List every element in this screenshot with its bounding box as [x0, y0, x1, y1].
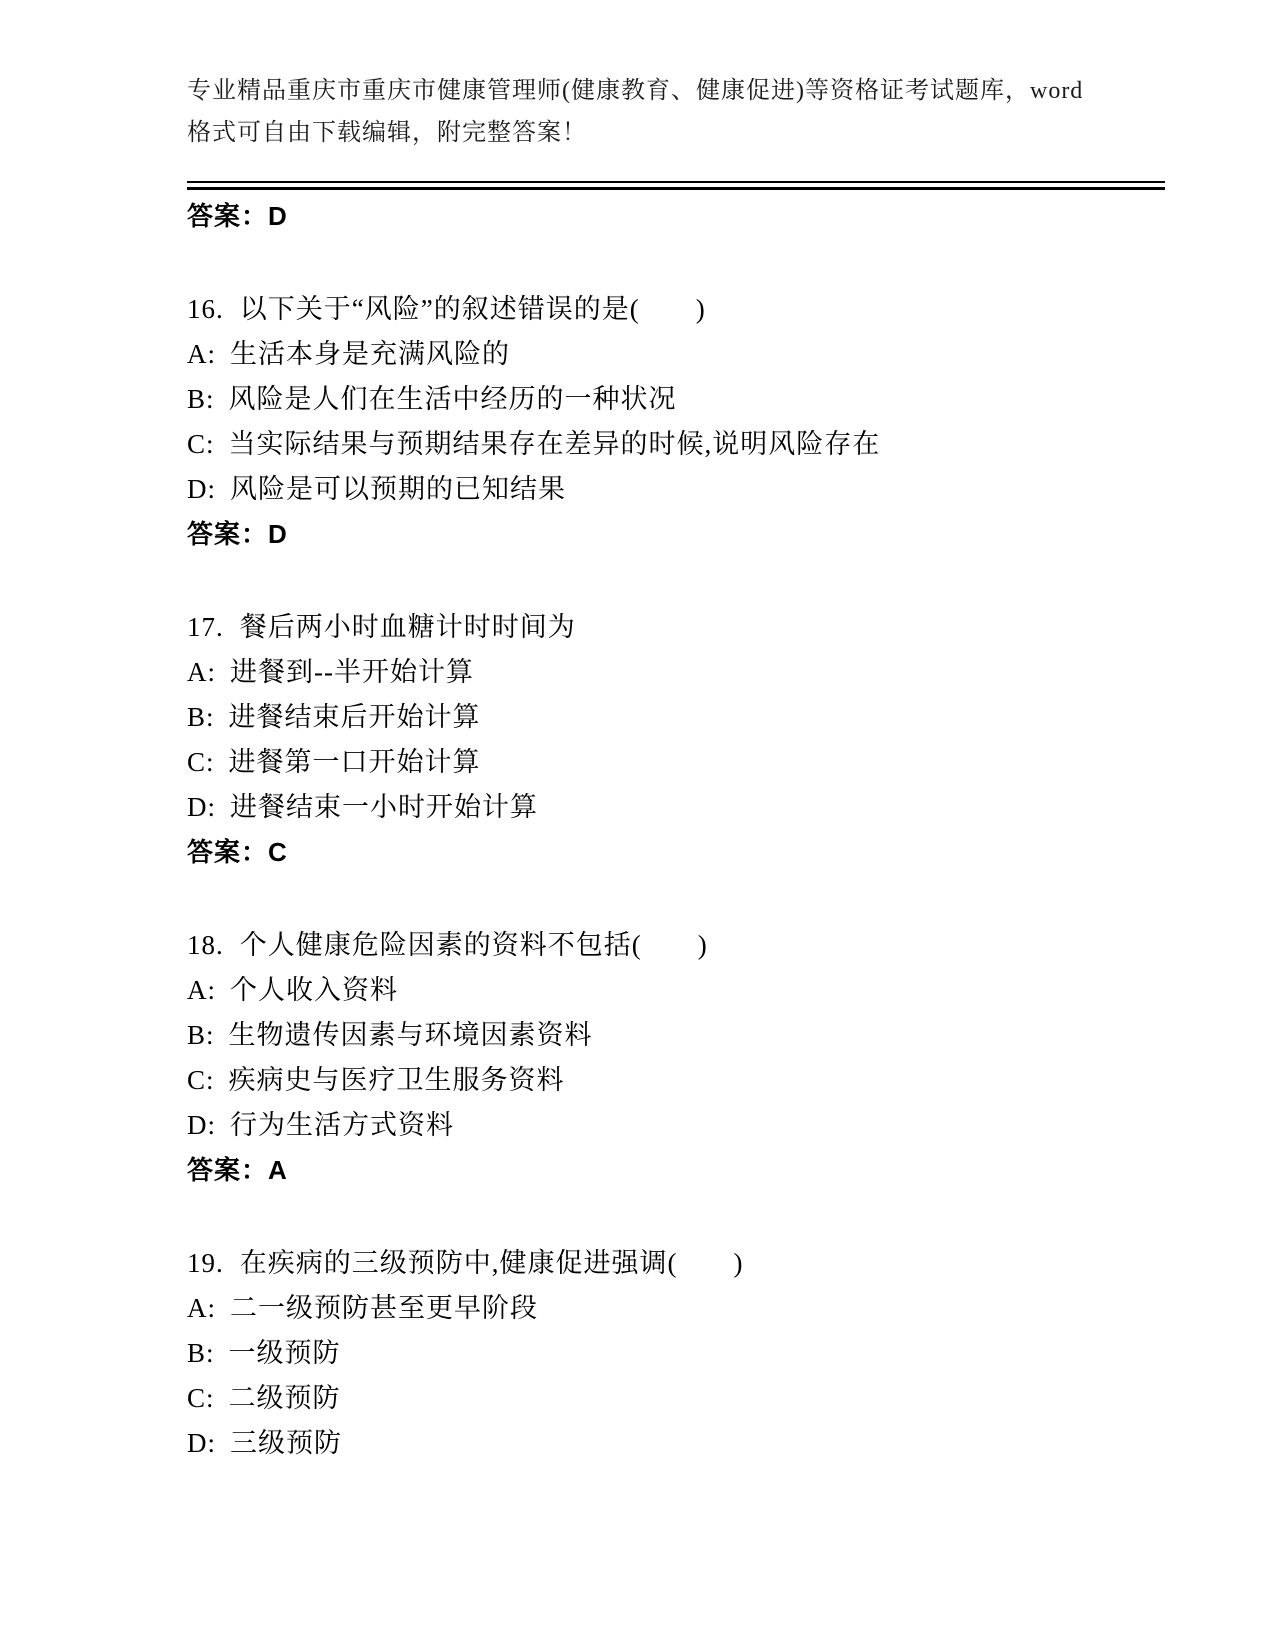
option-b: B:一级预防	[187, 1339, 1165, 1367]
answer-label: 答案：	[187, 837, 268, 867]
question-18: 18.个人健康危险因素的资料不包括( ) A:个人收入资料 B:生物遗传因素与环…	[187, 883, 1165, 1184]
header-divider	[187, 181, 1165, 190]
option-text: 三级预防	[230, 1428, 342, 1458]
question-stem: 16.以下关于“风险”的叙述错误的是( )	[187, 295, 1165, 323]
answer-value: A	[268, 1155, 288, 1185]
option-label: A:	[187, 1294, 216, 1322]
question-16: 16.以下关于“风险”的叙述错误的是( ) A:生活本身是充满风险的 B:风险是…	[187, 247, 1165, 548]
option-a: A:进餐到--半开始计算	[187, 658, 1165, 686]
question-text: 个人健康危险因素的资料不包括( )	[240, 930, 708, 960]
option-c: C:二级预防	[187, 1384, 1165, 1412]
answer-line: 答案：D	[187, 520, 1165, 548]
option-text: 进餐结束后开始计算	[229, 702, 481, 732]
question-17: 17.餐后两小时血糖计时时间为 A:进餐到--半开始计算 B:进餐结束后开始计算…	[187, 565, 1165, 866]
option-text: 一级预防	[229, 1338, 341, 1368]
option-text: 二级预防	[229, 1383, 341, 1413]
option-label: C:	[187, 748, 215, 776]
option-text: 进餐到--半开始计算	[230, 657, 474, 687]
option-a: A:二一级预防甚至更早阶段	[187, 1294, 1165, 1322]
option-label: D:	[187, 475, 216, 503]
option-label: B:	[187, 703, 215, 731]
carryover-answer-line: 答案：D	[187, 202, 1165, 230]
option-text: 进餐结束一小时开始计算	[230, 792, 538, 822]
option-a: A:个人收入资料	[187, 976, 1165, 1004]
answer-value: D	[268, 519, 288, 549]
question-number: 18.	[187, 931, 224, 959]
option-label: B:	[187, 1339, 215, 1367]
option-text: 风险是可以预期的已知结果	[230, 474, 566, 504]
answer-line: 答案：C	[187, 838, 1165, 866]
option-label: A:	[187, 340, 216, 368]
option-label: B:	[187, 385, 215, 413]
page-header: 专业精品重庆市重庆市健康管理师(健康教育、健康促进)等资格证考试题库，word …	[187, 0, 1165, 190]
option-c: C:疾病史与医疗卫生服务资料	[187, 1066, 1165, 1094]
option-d: D:风险是可以预期的已知结果	[187, 475, 1165, 503]
option-a: A:生活本身是充满风险的	[187, 340, 1165, 368]
question-19: 19.在疾病的三级预防中,健康促进强调( ) A:二一级预防甚至更早阶段 B:一…	[187, 1201, 1165, 1457]
question-stem: 17.餐后两小时血糖计时时间为	[187, 613, 1165, 641]
document-page: 专业精品重庆市重庆市健康管理师(健康教育、健康促进)等资格证考试题库，word …	[0, 0, 1275, 1650]
answer-label: 答案：	[187, 519, 268, 549]
option-text: 生物遗传因素与环境因素资料	[229, 1020, 593, 1050]
option-text: 进餐第一口开始计算	[229, 747, 481, 777]
option-c: C:进餐第一口开始计算	[187, 748, 1165, 776]
option-label: C:	[187, 430, 215, 458]
option-b: B:风险是人们在生活中经历的一种状况	[187, 385, 1165, 413]
option-label: D:	[187, 1429, 216, 1457]
answer-label: 答案：	[187, 1155, 268, 1185]
question-number: 17.	[187, 613, 224, 641]
question-number: 16.	[187, 295, 224, 323]
option-text: 二一级预防甚至更早阶段	[230, 1293, 538, 1323]
answer-line: 答案：A	[187, 1156, 1165, 1184]
header-line-2: 格式可自由下载编辑，附完整答案！	[187, 112, 1165, 154]
option-label: D:	[187, 1111, 216, 1139]
document-content: 答案：D 16.以下关于“风险”的叙述错误的是( ) A:生活本身是充满风险的 …	[187, 202, 1165, 1457]
option-text: 行为生活方式资料	[230, 1110, 454, 1140]
option-label: B:	[187, 1021, 215, 1049]
option-d: D:进餐结束一小时开始计算	[187, 793, 1165, 821]
option-text: 个人收入资料	[230, 975, 398, 1005]
question-text: 餐后两小时血糖计时时间为	[240, 612, 576, 642]
option-label: C:	[187, 1066, 215, 1094]
option-label: A:	[187, 976, 216, 1004]
option-d: D:行为生活方式资料	[187, 1111, 1165, 1139]
question-number: 19.	[187, 1249, 224, 1277]
option-label: A:	[187, 658, 216, 686]
option-c: C:当实际结果与预期结果存在差异的时候,说明风险存在	[187, 430, 1165, 458]
option-d: D:三级预防	[187, 1429, 1165, 1457]
question-text: 以下关于“风险”的叙述错误的是( )	[240, 294, 706, 324]
option-b: B:进餐结束后开始计算	[187, 703, 1165, 731]
answer-value: D	[268, 201, 288, 231]
answer-value: C	[268, 837, 288, 867]
option-text: 疾病史与医疗卫生服务资料	[229, 1065, 565, 1095]
option-text: 生活本身是充满风险的	[230, 339, 510, 369]
option-label: C:	[187, 1384, 215, 1412]
option-text: 风险是人们在生活中经历的一种状况	[229, 384, 677, 414]
question-text: 在疾病的三级预防中,健康促进强调( )	[240, 1248, 744, 1278]
option-text: 当实际结果与预期结果存在差异的时候,说明风险存在	[229, 429, 881, 459]
option-label: D:	[187, 793, 216, 821]
option-b: B:生物遗传因素与环境因素资料	[187, 1021, 1165, 1049]
answer-label: 答案：	[187, 201, 268, 231]
question-stem: 19.在疾病的三级预防中,健康促进强调( )	[187, 1249, 1165, 1277]
question-stem: 18.个人健康危险因素的资料不包括( )	[187, 931, 1165, 959]
header-line-1: 专业精品重庆市重庆市健康管理师(健康教育、健康促进)等资格证考试题库，word	[187, 70, 1165, 112]
